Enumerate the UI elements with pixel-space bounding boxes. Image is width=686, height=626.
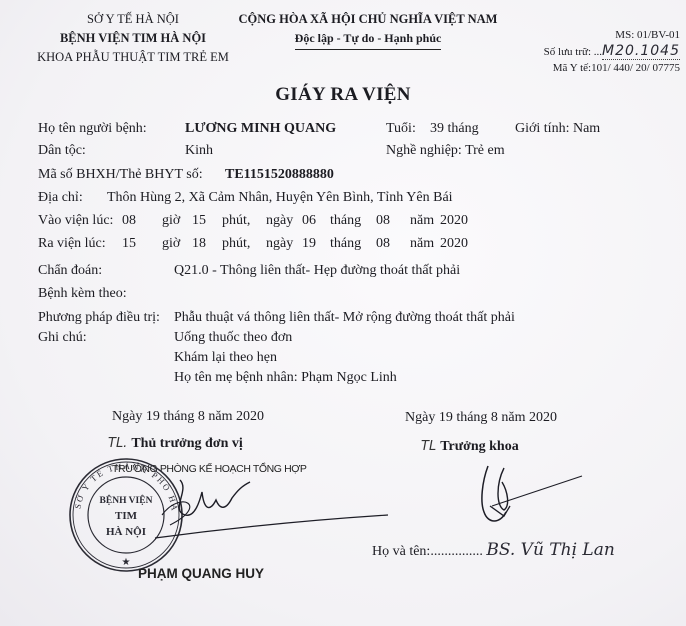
age-label: Tuổi: (386, 121, 416, 137)
admission-month-label: tháng (330, 213, 361, 229)
admission-day: 06 (302, 213, 316, 229)
left-handwritten-signature (150, 470, 390, 550)
note-item: Khám lại theo hẹn (174, 350, 277, 366)
discharge-hour: 15 (122, 236, 136, 252)
occupation-label: Nghề nghiệp: (386, 143, 462, 158)
discharge-year-label: năm (410, 236, 434, 252)
comorbid-label: Bệnh kèm theo: (38, 286, 127, 302)
archive-label: Số lưu trữ: ... (544, 46, 602, 58)
admission-minute: 15 (192, 213, 206, 229)
discharge-minute-unit: phút, (222, 236, 250, 252)
right-signature-title: Trưởng khoa (440, 439, 519, 454)
discharge-hour-unit: giờ (162, 236, 180, 252)
admission-day-label: ngày (266, 213, 293, 229)
admission-month: 08 (376, 213, 390, 229)
discharge-day-label: ngày (266, 236, 293, 252)
discharge-year: 2020 (440, 236, 468, 252)
left-signature-date: Ngày 19 tháng 8 năm 2020 (112, 409, 264, 425)
treatment-label: Phương pháp điều trị: (38, 310, 160, 326)
right-signer-row: Họ và tên:............... BS. Vũ Thị Lan (372, 540, 615, 560)
diagnosis-label: Chẩn đoán: (38, 263, 102, 279)
left-signature-heading: TL. Thủ trưởng đơn vị (108, 434, 243, 452)
medical-code: Mã Y tế:101/ 440/ 20/ 07775 (520, 60, 680, 76)
on-behalf-mark: TL (421, 439, 436, 454)
admission-hour-unit: giờ (162, 213, 180, 229)
right-signer-name: BS. Vũ Thị Lan (486, 540, 614, 560)
hospital-name: BỆNH VIỆN TIM HÀ NỘI (28, 29, 238, 48)
age-value: 39 tháng (430, 121, 479, 137)
note-item: Uống thuốc theo đơn (174, 330, 292, 346)
left-signer-name: PHẠM QUANG HUY (138, 566, 264, 581)
ethnicity-label: Dân tộc: (38, 143, 86, 159)
admission-minute-unit: phút, (222, 213, 250, 229)
right-signer-label: Họ và tên:............... (372, 544, 483, 559)
department-of-health: SỞ Y TẾ HÀ NỘI (28, 10, 238, 29)
discharge-minute: 18 (192, 236, 206, 252)
national-header: CỘNG HÒA XÃ HỘI CHỦ NGHĨA VIỆT NAM Độc l… (228, 10, 508, 50)
occupation-row: Nghề nghiệp: Trẻ em (386, 143, 505, 159)
discharge-day: 19 (302, 236, 316, 252)
seal-star-icon: ★ (122, 557, 131, 568)
note-item: Họ tên mẹ bệnh nhân: Phạm Ngọc Linh (174, 370, 397, 386)
left-signature-title: Thủ trưởng đơn vị (131, 436, 242, 451)
gender-value: Nam (573, 121, 600, 136)
archive-number: M20.1045 (602, 43, 680, 60)
right-signature-date: Ngày 19 tháng 8 năm 2020 (405, 410, 557, 426)
gender-row: Giới tính: Nam (515, 121, 600, 137)
right-signature-heading: TL Trưởng khoa (421, 437, 519, 455)
insurance-label: Mã số BHXH/Thẻ BHYT số: (38, 167, 203, 183)
form-codes: MS: 01/BV-01 Số lưu trữ: ...M20.1045 Mã … (520, 27, 680, 76)
on-behalf-mark: TL. (108, 436, 127, 451)
patient-name: LƯƠNG MINH QUANG (185, 121, 336, 137)
discharge-certificate: SỞ Y TẾ HÀ NỘI BỆNH VIỆN TIM HÀ NỘI KHOA… (0, 0, 686, 626)
diagnosis-value: Q21.0 - Thông liên thất- Hẹp đường thoát… (174, 263, 460, 279)
seal-line2: TIM (115, 510, 138, 522)
archive-number-row: Số lưu trữ: ...M20.1045 (520, 43, 680, 60)
issuing-authority: SỞ Y TẾ HÀ NỘI BỆNH VIỆN TIM HÀ NỘI KHOA… (28, 10, 238, 67)
insurance-number: TE1151520888880 (225, 167, 334, 183)
admission-hour: 08 (122, 213, 136, 229)
right-handwritten-signature (470, 462, 590, 532)
nation-name: CỘNG HÒA XÃ HỘI CHỦ NGHĨA VIỆT NAM (228, 10, 508, 29)
admission-year: 2020 (440, 213, 468, 229)
treatment-value: Phẫu thuật vá thông liên thất- Mở rộng đ… (174, 310, 515, 326)
admission-year-label: năm (410, 213, 434, 229)
occupation-value: Trẻ em (465, 143, 505, 158)
admission-label: Vào viện lúc: (38, 213, 113, 229)
gender-label: Giới tính: (515, 121, 569, 136)
national-motto: Độc lập - Tự do - Hạnh phúc (295, 29, 442, 50)
ethnicity-value: Kinh (185, 143, 213, 159)
discharge-month-label: tháng (330, 236, 361, 252)
seal-line1: BỆNH VIỆN (100, 493, 153, 506)
seal-line3: HÀ NỘI (106, 525, 146, 538)
form-code: MS: 01/BV-01 (520, 27, 680, 43)
notes-label: Ghi chú: (38, 330, 87, 346)
address-label: Địa chỉ: (38, 190, 83, 206)
document-title: GIÁY RA VIỆN (0, 84, 686, 106)
address-value: Thôn Hùng 2, Xã Cảm Nhân, Huyện Yên Bình… (107, 190, 453, 206)
discharge-label: Ra viện lúc: (38, 236, 106, 252)
discharge-month: 08 (376, 236, 390, 252)
patient-name-label: Họ tên người bệnh: (38, 121, 147, 137)
department-name: KHOA PHẪU THUẬT TIM TRẺ EM (28, 48, 238, 67)
